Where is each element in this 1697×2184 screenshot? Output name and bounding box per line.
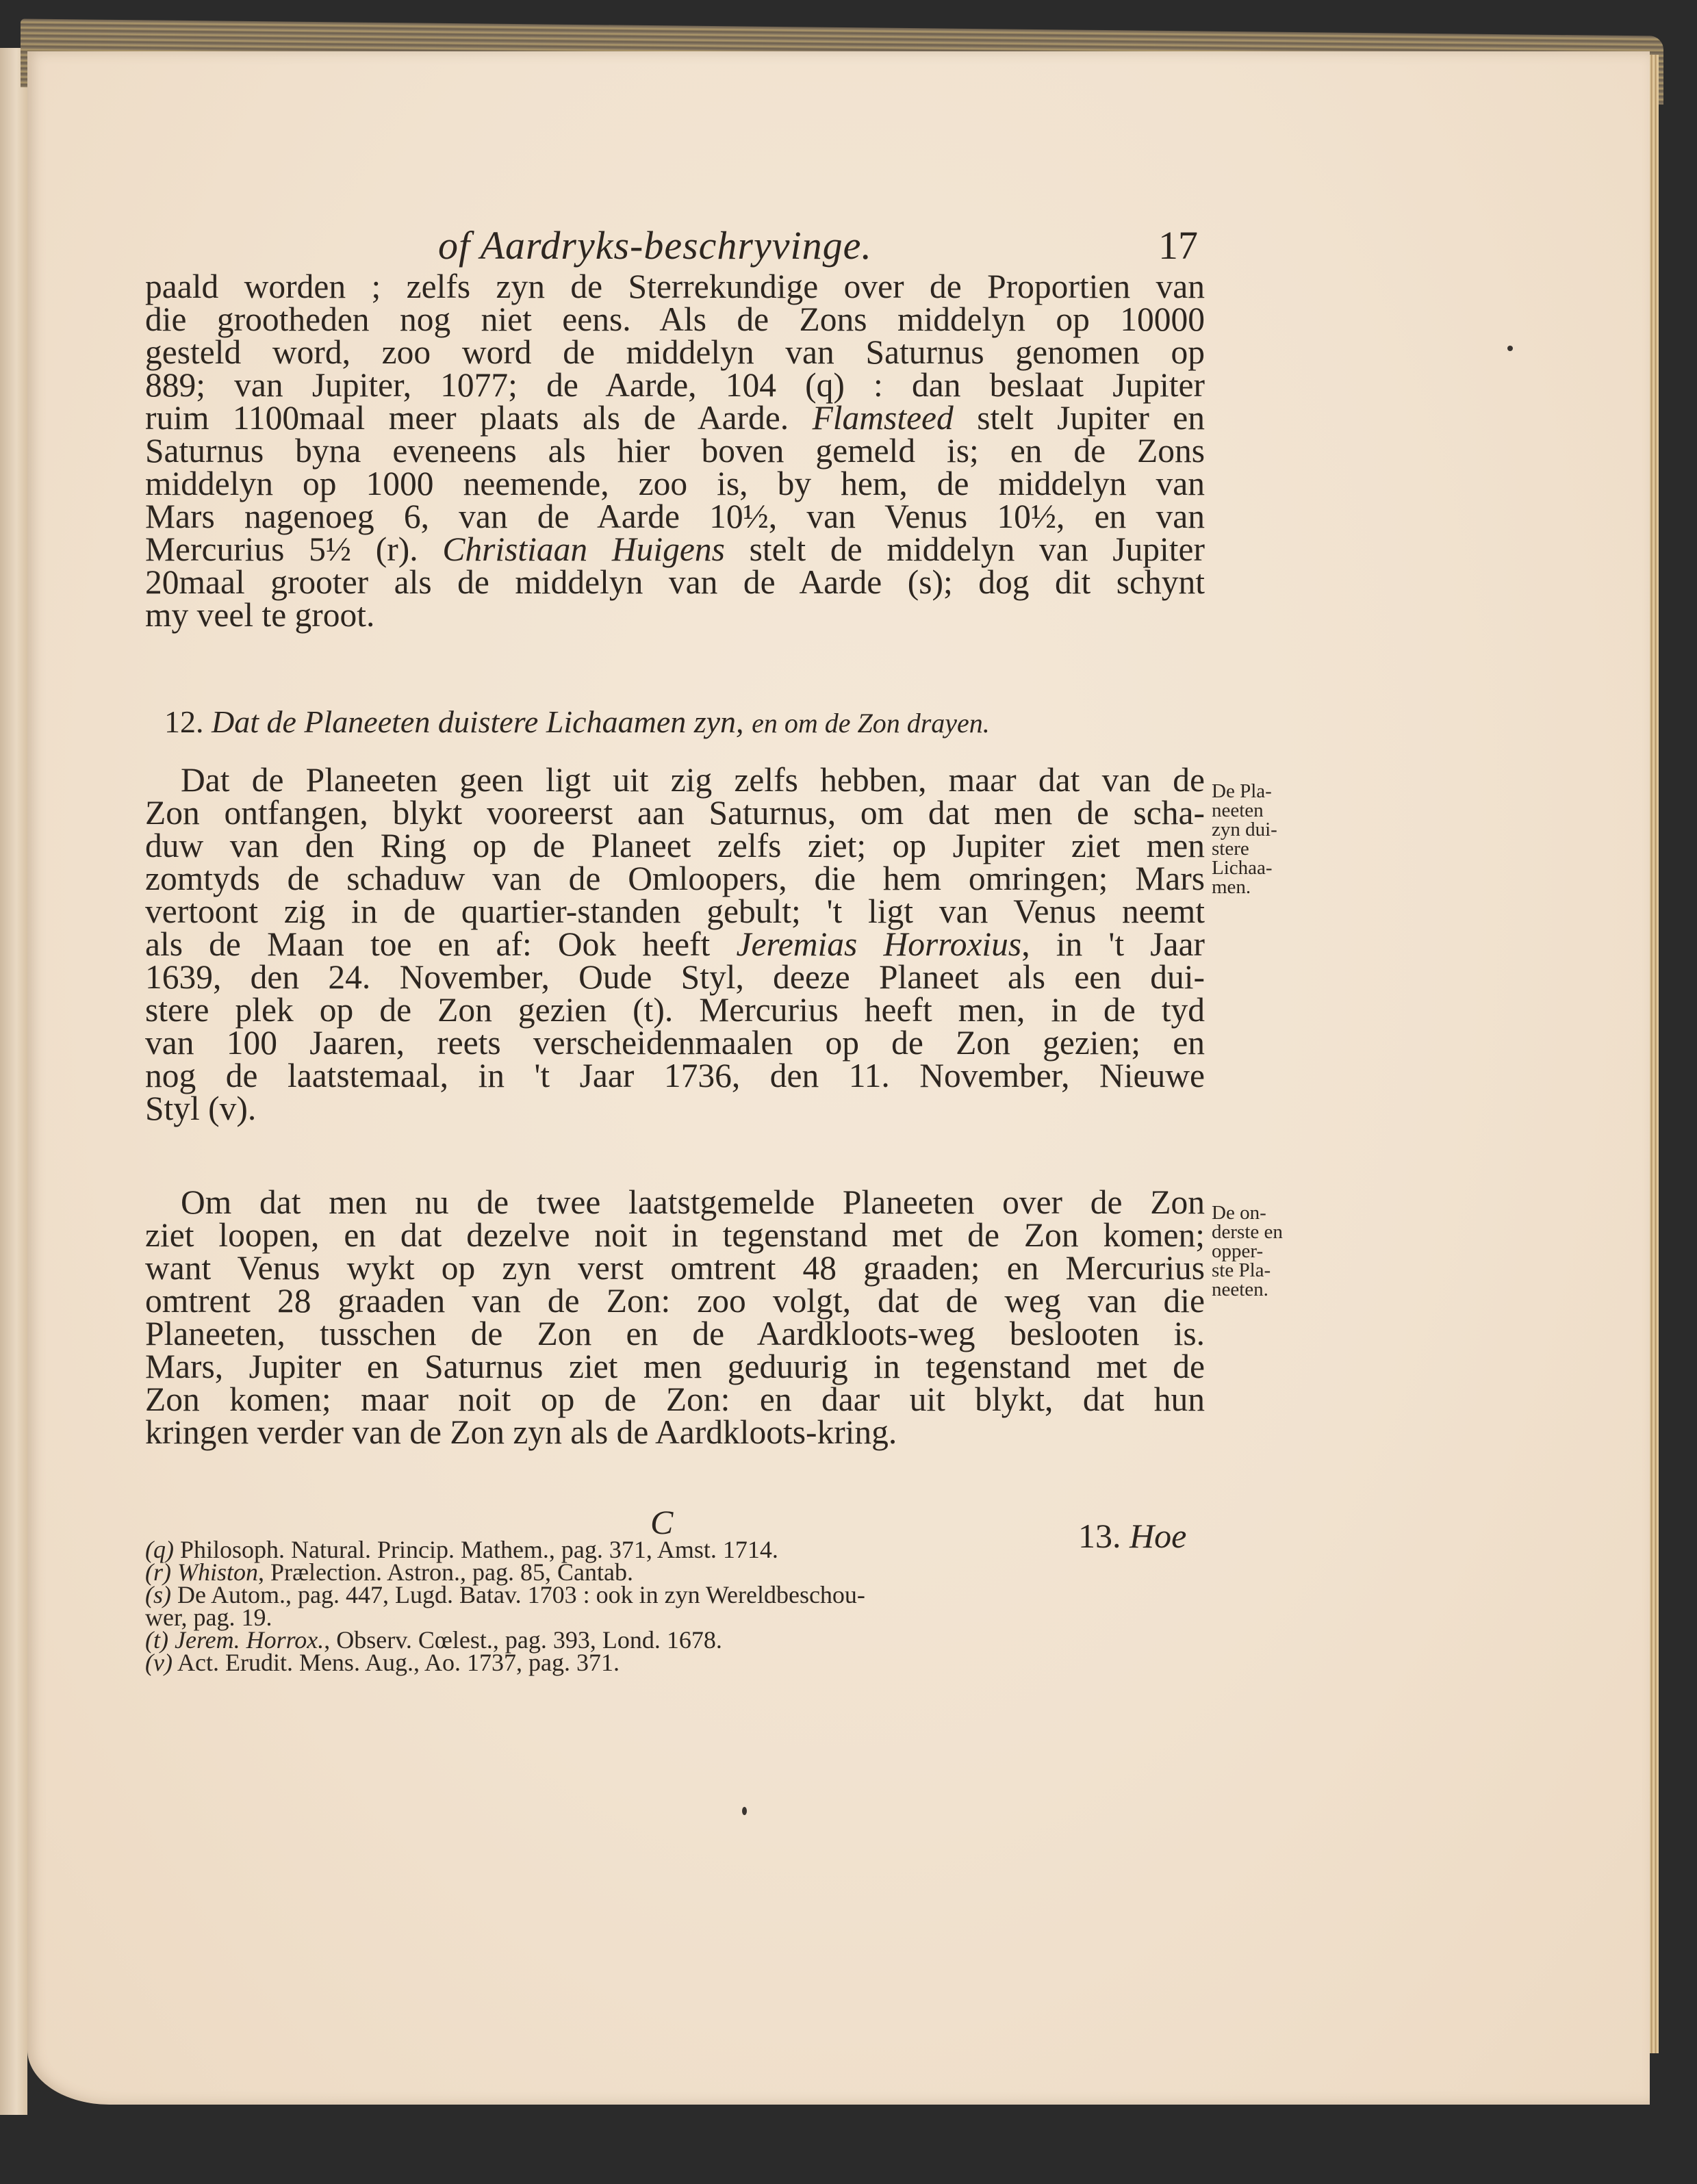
text-line: ruim 1100maal meer plaats als de Aarde. … [145,402,1205,435]
section-title-end: en om de Zon drayen. [752,708,990,738]
text-line: Mercurius 5½ (r). Christiaan Huigens ste… [145,533,1205,566]
text-line: stere plek op de Zon gezien (t). Mercuri… [145,994,1205,1027]
text-line: Saturnus byna eveneens als hier boven ge… [145,435,1205,467]
text-line: Dat de Planeeten geen ligt uit zig zelfs… [145,764,1205,797]
paragraph-inner-outer-planets: Om dat men nu de twee laatstgemelde Plan… [145,1186,1205,1449]
text-line: Om dat men nu de twee laatstgemelde Plan… [145,1186,1205,1219]
text-line: ziet loopen, en dat dezelve noit in tege… [145,1219,1205,1252]
text-line: omtrent 28 graaden van de Zon: zoo volgt… [145,1285,1205,1318]
text-line: 1639, den 24. November, Oude Styl, deeze… [145,961,1205,994]
running-title: of Aardryks-beschryvinge. [438,222,872,268]
name-huigens: Christiaan Huigens [442,530,725,568]
paragraph-dark-bodies: Dat de Planeeten geen ligt uit zig zelfs… [145,764,1205,1125]
page-number: 17 [1158,222,1198,268]
previous-page-edge [0,48,27,2115]
text-line: nog de laatstemaal, in 't Jaar 1736, den… [145,1059,1205,1092]
section-number: 12. [164,704,204,739]
section-title: Dat de Planeeten duistere Lichaamen zyn, [212,704,744,739]
text-line: gesteld word, zoo word de middelyn van S… [145,336,1205,369]
text-line: Mars, Jupiter en Saturnus ziet men geduu… [145,1350,1205,1383]
text-line: my veel te groot. [145,599,1205,632]
text-line: die grootheden nog niet eens. Als de Zon… [145,303,1205,336]
paper-speck [1507,346,1513,351]
paragraph-proportions: paald worden ; zelfs zyn de Sterrekundig… [145,270,1205,632]
text-line: paald worden ; zelfs zyn de Sterrekundig… [145,270,1205,303]
text-line: Zon ontfangen, blykt vooreerst aan Satur… [145,797,1205,830]
margin-note-dark-bodies: De Pla- neeten zyn dui- stere Lichaa- me… [1212,782,1335,897]
text-line: Zon komen; maar noit op de Zon: en daar … [145,1383,1205,1416]
name-horroxius: Jeremias Horroxius [736,925,1021,963]
text-line: Styl (v). [145,1092,1205,1125]
text-line: Planeeten, tusschen de Zon en de Aardklo… [145,1318,1205,1350]
scan-background: of Aardryks-beschryvinge. 17 paald worde… [0,0,1697,2184]
text-line: 20maal grooter als de middelyn van de Aa… [145,566,1205,599]
text-line: zomtyds de schaduw van de Omloopers, die… [145,862,1205,895]
text-line: middelyn op 1000 neemende, zoo is, by he… [145,467,1205,500]
text-line: kringen verder van de Zon zyn als de Aar… [145,1416,1205,1449]
text-line: want Venus wykt op zyn verst omtrent 48 … [145,1252,1205,1285]
footnote-s: (s) De Autom., pag. 447, Lugd. Batav. 17… [145,1584,1158,1606]
text-line: vertoont zig in de quartier-standen gebu… [145,895,1205,928]
text-line: Mars nagenoeg 6, van de Aarde 10½, van V… [145,500,1205,533]
paper-speck [742,1807,747,1815]
footnotes: (q) Philosoph. Natural. Princip. Mathem.… [145,1539,1158,1674]
margin-note-inner-outer: De on- derste en opper- ste Pla- neeten. [1212,1203,1335,1299]
text-line: duw van den Ring op de Planeet zelfs zie… [145,830,1205,862]
footnote-v: (v) Act. Erudit. Mens. Aug., Ao. 1737, p… [145,1652,1158,1674]
text-line: van 100 Jaaren, reets verscheidenmaalen … [145,1027,1205,1059]
section-heading-12: 12. Dat de Planeeten duistere Lichaamen … [164,704,990,740]
name-flamsteed: Flamsteed [813,399,954,437]
running-head: of Aardryks-beschryvinge. 17 [438,222,1198,270]
text-line: 889; van Jupiter, 1077; de Aarde, 104 (q… [145,369,1205,402]
text-line: als de Maan toe en af: Ook heeft Jeremia… [145,928,1205,961]
